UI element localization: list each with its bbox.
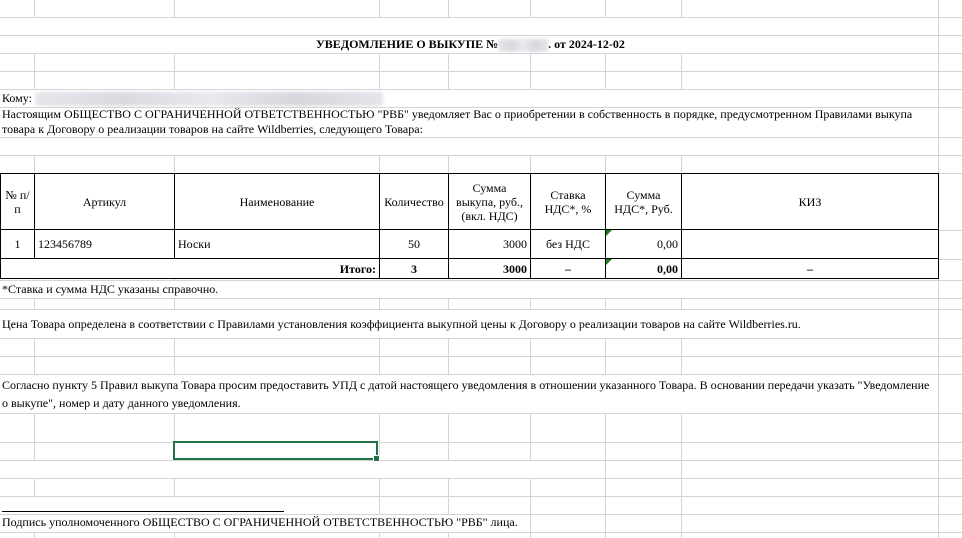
signature-line [2, 511, 284, 512]
recipient-line: Кому: [2, 91, 383, 106]
header-name: Наименование [175, 174, 380, 230]
total-qty[interactable]: 3 [380, 259, 449, 279]
selected-cell[interactable] [173, 441, 378, 460]
document-title: УВЕДОМЛЕНИЕ О ВЫКУПЕ №. от 2024-12-02 [316, 37, 625, 52]
header-sum: Сумма выкупа, руб., (вкл. НДС) [449, 174, 531, 230]
title-date: . от 2024-12-02 [548, 37, 625, 51]
cell-vat-sum[interactable]: 0,00 [606, 230, 682, 259]
cell-num[interactable]: 1 [1, 230, 35, 259]
signature-caption: Подпись уполномоченного ОБЩЕСТВО С ОГРАН… [2, 515, 518, 530]
error-indicator-icon [606, 259, 612, 265]
request-paragraph-line1: Согласно пункту 5 Правил выкупа Товара п… [2, 378, 929, 393]
table-row: 1 123456789 Носки 50 3000 без НДС 0,00 [1, 230, 939, 259]
total-vat-sum-value: 0,00 [657, 262, 678, 276]
recipient-label: Кому: [2, 91, 32, 105]
error-indicator-icon [606, 230, 612, 236]
total-vat-rate[interactable]: – [531, 259, 606, 279]
header-vat-sum: Сумма НДС*, Руб. [606, 174, 682, 230]
redacted-recipient [35, 92, 383, 106]
table-total-row: Итого: 3 3000 – 0,00 – [1, 259, 939, 279]
vat-footnote: *Ставка и сумма НДС указаны справочно. [2, 282, 218, 297]
total-sum[interactable]: 3000 [449, 259, 531, 279]
header-kiz: КИЗ [682, 174, 939, 230]
fill-handle[interactable] [373, 455, 380, 462]
cell-sum[interactable]: 3000 [449, 230, 531, 259]
total-kiz[interactable]: – [682, 259, 939, 279]
header-qty: Количество [380, 174, 449, 230]
total-label: Итого: [1, 259, 380, 279]
price-note: Цена Товара определена в соответствии с … [2, 317, 801, 332]
table-header-row: № п/п Артикул Наименование Количество Су… [1, 174, 939, 230]
cell-qty[interactable]: 50 [380, 230, 449, 259]
redacted-number [498, 39, 548, 52]
items-table: № п/п Артикул Наименование Количество Су… [0, 173, 939, 279]
cell-vat-rate[interactable]: без НДС [531, 230, 606, 259]
intro-paragraph-line2: товара к Договору о реализации товаров н… [2, 122, 423, 137]
request-paragraph-line2: о выкупе", номер и дату данного уведомле… [2, 396, 241, 411]
header-num: № п/п [1, 174, 35, 230]
cell-article[interactable]: 123456789 [35, 230, 175, 259]
cell-name[interactable]: Носки [175, 230, 380, 259]
header-article: Артикул [35, 174, 175, 230]
title-prefix: УВЕДОМЛЕНИЕ О ВЫКУПЕ № [316, 37, 498, 51]
cell-vat-sum-value: 0,00 [657, 237, 678, 251]
intro-paragraph-line1: Настоящим ОБЩЕСТВО С ОГРАНИЧЕННОЙ ОТВЕТС… [2, 107, 912, 122]
header-vat-rate: Ставка НДС*, % [531, 174, 606, 230]
cell-kiz[interactable] [682, 230, 939, 259]
total-vat-sum[interactable]: 0,00 [606, 259, 682, 279]
